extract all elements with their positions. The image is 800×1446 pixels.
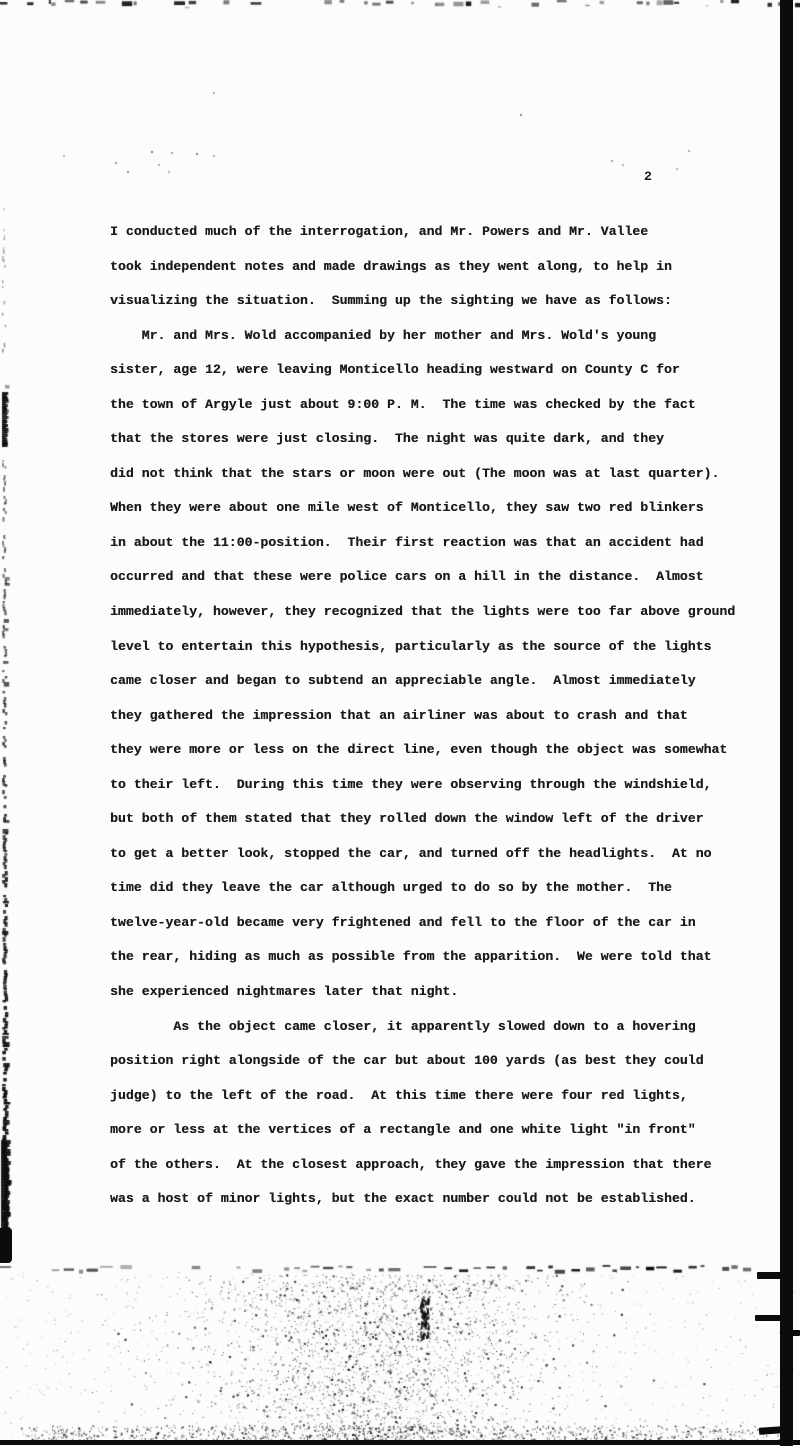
document-text: I conducted much of the interrogation, a… <box>110 215 735 1217</box>
page-number: 2 <box>644 169 652 184</box>
scan-tick-mark <box>755 1315 783 1321</box>
scan-tick-mark <box>792 1330 800 1336</box>
scan-right-edge-bar <box>780 0 793 1446</box>
scan-left-edge-blob <box>0 1228 12 1263</box>
scan-bottom-edge-line <box>0 1440 800 1445</box>
scan-tick-mark <box>757 1272 783 1279</box>
scanned-document-page: 2 I conducted much of the interrogation,… <box>0 0 800 1446</box>
